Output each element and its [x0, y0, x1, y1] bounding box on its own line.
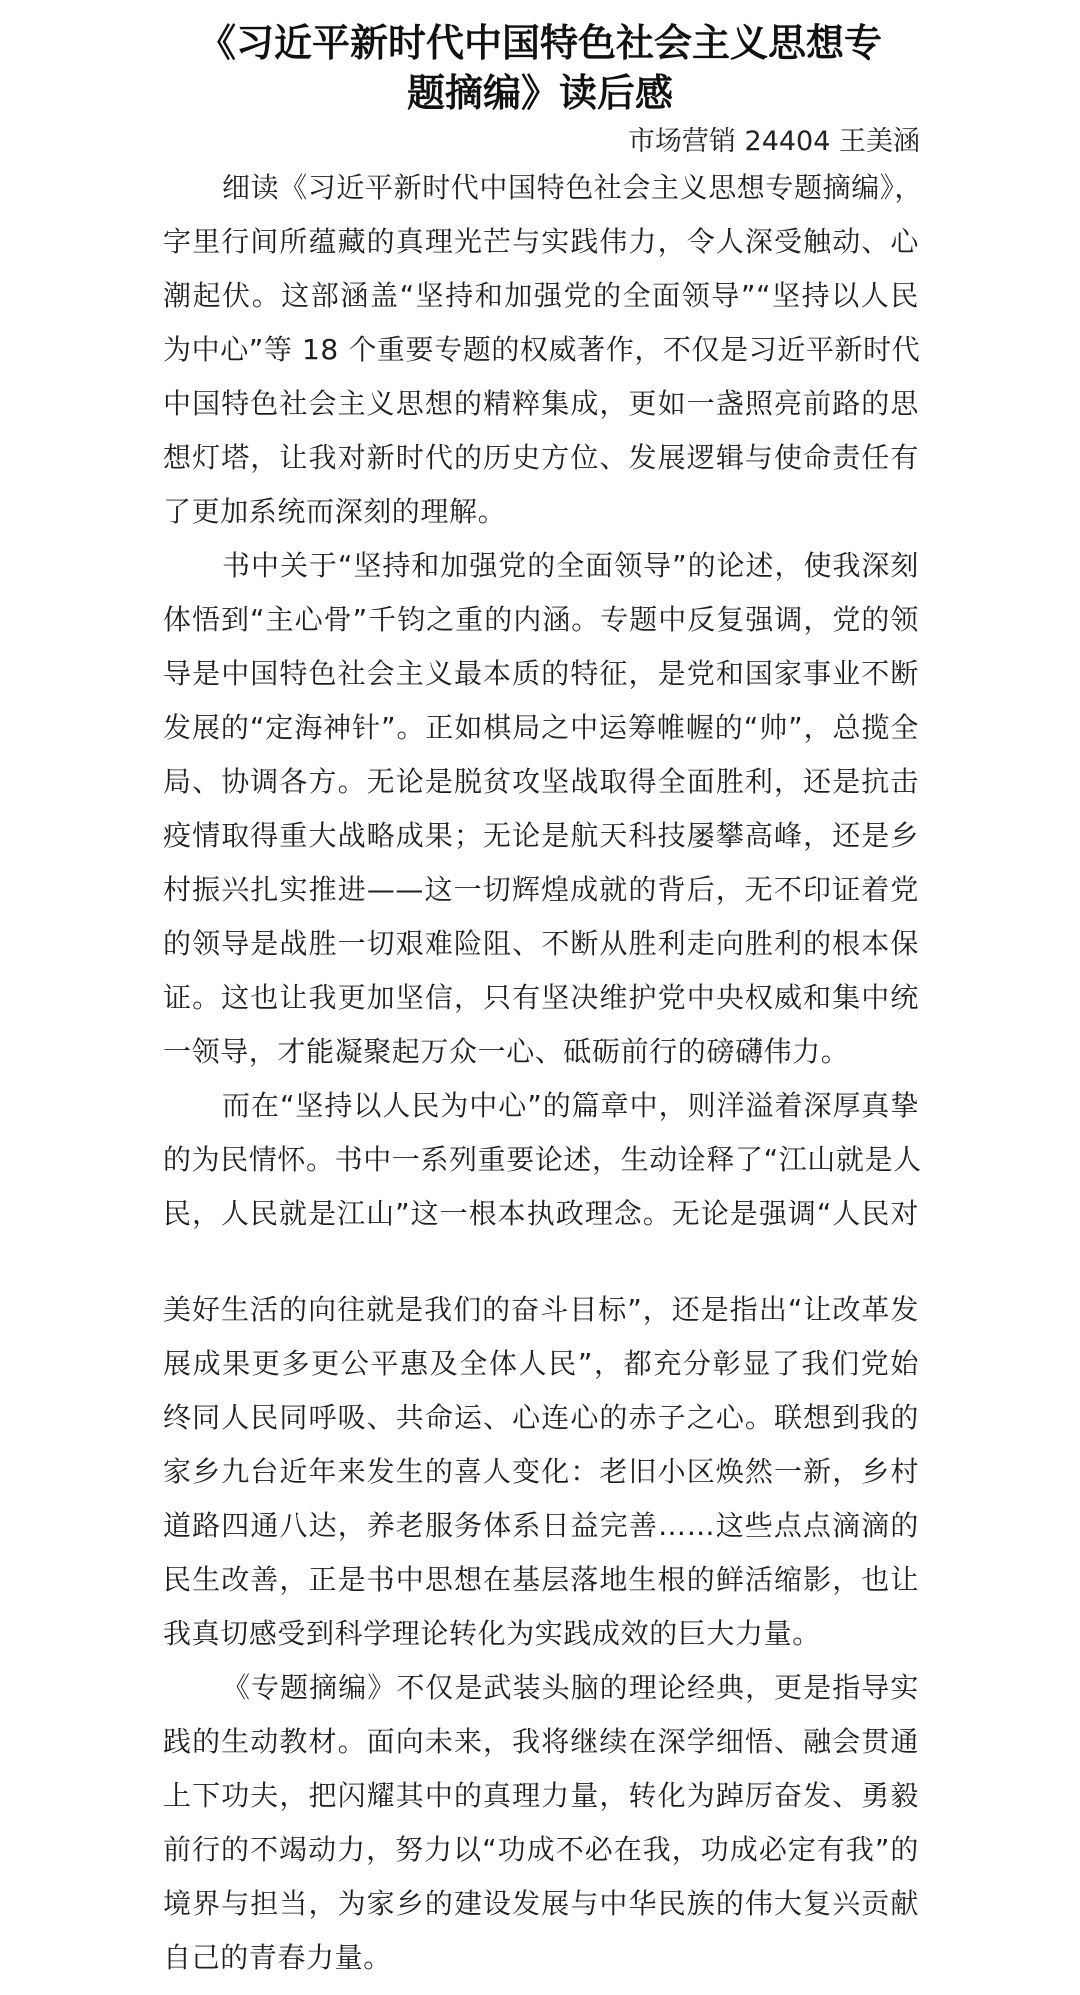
document-title-line-2: 题摘编》读后感: [0, 70, 1080, 116]
paragraph-line: 细读《习近平新时代中国特色社会主义思想专题摘编》，: [222, 168, 919, 208]
paragraph-line: 自己的青春力量。: [163, 1938, 919, 1978]
paragraph-line: 了更加系统而深刻的理解。: [163, 492, 919, 532]
paragraph-line: 一领导，才能凝聚起万众一心、砥砺前行的磅礴伟力。: [163, 1032, 919, 1072]
paragraph-line: 潮起伏。这部涵盖“坚持和加强党的全面领导”“坚持以人民: [163, 276, 919, 316]
document-page: 《习近平新时代中国特色社会主义思想专 题摘编》读后感 市场营销 24404 王美…: [0, 0, 1080, 1995]
paragraph-line: 境界与担当，为家乡的建设发展与中华民族的伟大复兴贡献: [163, 1884, 919, 1924]
document-title-line-1: 《习近平新时代中国特色社会主义思想专: [0, 20, 1080, 66]
paragraph-line: 而在“坚持以人民为中心”的篇章中，则洋溢着深厚真挚: [222, 1086, 919, 1126]
paragraph-line: 上下功夫，把闪耀其中的真理力量，转化为踔厉奋发、勇毅: [163, 1776, 919, 1816]
paragraph-line: 中国特色社会主义思想的精粹集成，更如一盏照亮前路的思: [163, 384, 919, 424]
paragraph-line: 民，人民就是江山”这一根本执政理念。无论是强调“人民对: [163, 1194, 919, 1234]
paragraph-line: 我真切感受到科学理论转化为实践成效的巨大力量。: [163, 1614, 919, 1654]
paragraph-line: 导是中国特色社会主义最本质的特征，是党和国家事业不断: [163, 654, 919, 694]
paragraph-line: 践的生动教材。面向未来，我将继续在深学细悟、融会贯通: [163, 1722, 919, 1762]
paragraph-line: 疫情取得重大战略成果；无论是航天科技屡攀高峰，还是乡: [163, 816, 919, 856]
paragraph-line: 展成果更多更公平惠及全体人民”，都充分彰显了我们党始: [163, 1344, 919, 1384]
paragraph-line: 书中关于“坚持和加强党的全面领导”的论述，使我深刻: [222, 546, 919, 586]
paragraph-line: 美好生活的向往就是我们的奋斗目标”，还是指出“让改革发: [163, 1290, 919, 1330]
paragraph-line: 终同人民同呼吸、共命运、心连心的赤子之心。联想到我的: [163, 1398, 919, 1438]
paragraph-line: 想灯塔，让我对新时代的历史方位、发展逻辑与使命责任有: [163, 438, 919, 478]
paragraph-line: 证。这也让我更加坚信，只有坚决维护党中央权威和集中统: [163, 978, 919, 1018]
paragraph-line: 民生改善，正是书中思想在基层落地生根的鲜活缩影，也让: [163, 1560, 919, 1600]
paragraph-line: 为中心”等 18 个重要专题的权威著作，不仅是习近平新时代: [163, 330, 919, 370]
paragraph-line: 的领导是战胜一切艰难险阻、不断从胜利走向胜利的根本保: [163, 924, 919, 964]
author-byline: 市场营销 24404 王美涵: [628, 124, 920, 160]
paragraph-line: 体悟到“主心骨”千钧之重的内涵。专题中反复强调，党的领: [163, 600, 919, 640]
paragraph-line: 字里行间所蕴藏的真理光芒与实践伟力，令人深受触动、心: [163, 222, 919, 262]
paragraph-line: 家乡九台近年来发生的喜人变化：老旧小区焕然一新，乡村: [163, 1452, 919, 1492]
paragraph-line: 《专题摘编》不仅是武装头脑的理论经典，更是指导实: [222, 1668, 919, 1708]
paragraph-line: 村振兴扎实推进——这一切辉煌成就的背后，无不印证着党: [163, 870, 919, 910]
paragraph-line: 的为民情怀。书中一系列重要论述，生动诠释了“江山就是人: [163, 1140, 919, 1180]
paragraph-line: 前行的不竭动力，努力以“功成不必在我，功成必定有我”的: [163, 1830, 919, 1870]
paragraph-line: 道路四通八达，养老服务体系日益完善……这些点点滴滴的: [163, 1506, 919, 1546]
paragraph-line: 局、协调各方。无论是脱贫攻坚战取得全面胜利，还是抗击: [163, 762, 919, 802]
paragraph-line: 发展的“定海神针”。正如棋局之中运筹帷幄的“帅”，总揽全: [163, 708, 919, 748]
